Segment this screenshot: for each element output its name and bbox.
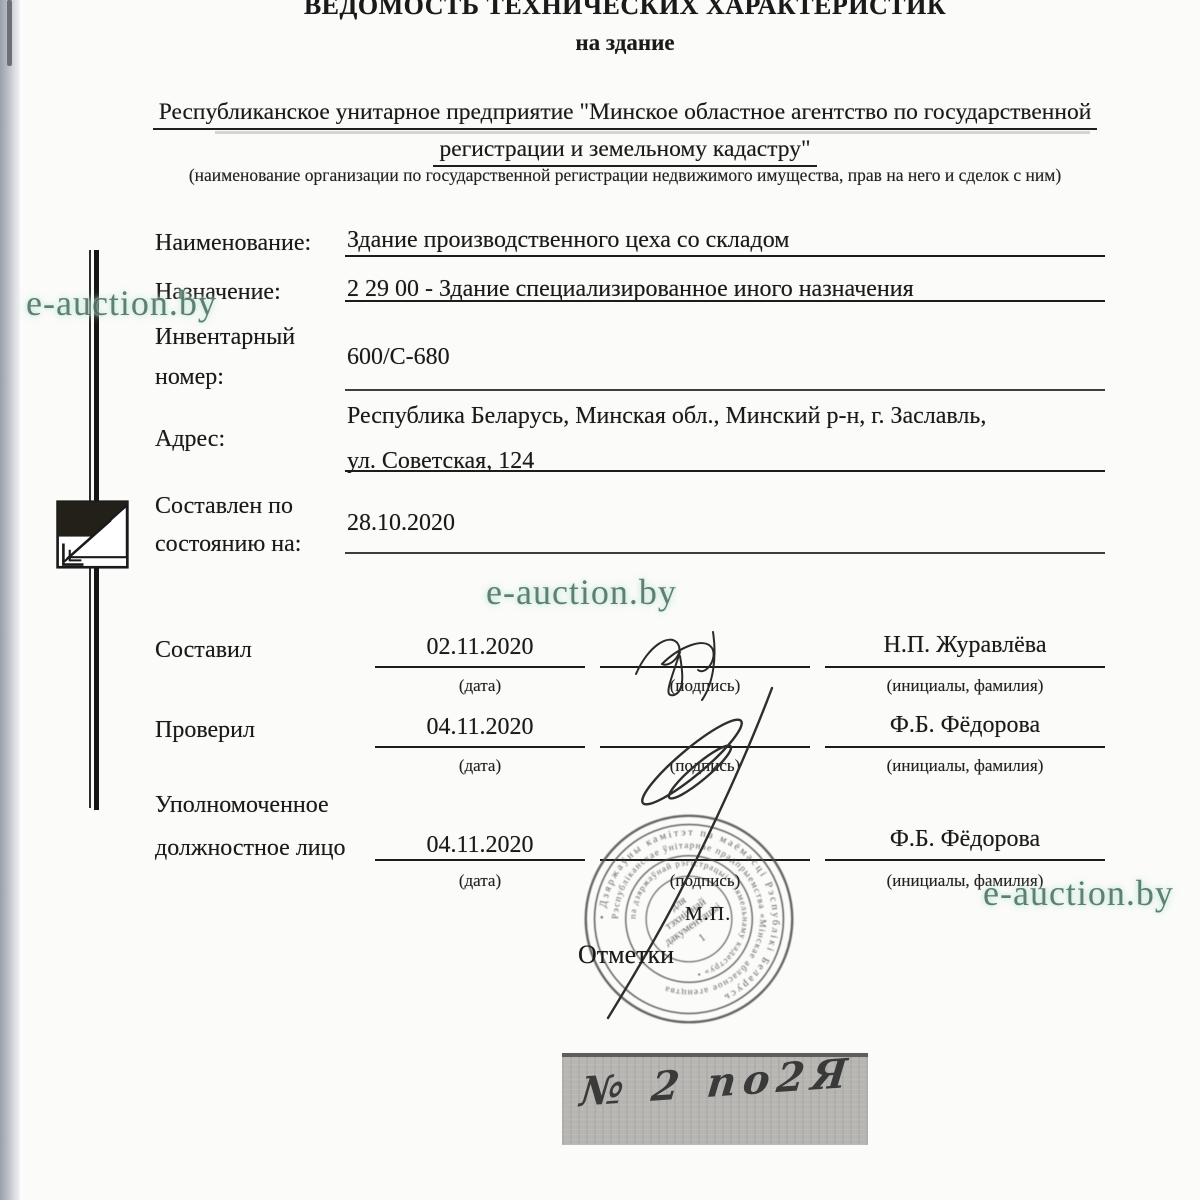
sig-name-1: Н.П. Журавлёва: [825, 632, 1105, 659]
document-subtitle: на здание: [100, 30, 1150, 56]
sig-date-3: 04.11.2020: [375, 832, 585, 859]
sig3-name-line: [825, 859, 1105, 861]
field-underline-name: [345, 255, 1105, 257]
document-title: ВЕДОМОСТЬ ТЕХНИЧЕСКИХ ХАРАКТЕРИСТИК: [100, 0, 1150, 21]
scanned-document-page: ВЕДОМОСТЬ ТЕХНИЧЕСКИХ ХАРАКТЕРИСТИК на з…: [0, 0, 1200, 1200]
scan-artifact-line: [215, 131, 1090, 134]
watermark-center: e-auction.by: [486, 571, 677, 613]
pen-stroke-signature: [560, 630, 820, 1030]
organization-line1: Республиканское унитарное предприятие "М…: [100, 99, 1150, 130]
scan-edge-streak: [7, 0, 12, 66]
sig2-date-line: [375, 746, 585, 748]
field-label-address: Адрес:: [155, 426, 225, 453]
sig2-name-sublabel: (инициалы, фамилия): [825, 756, 1105, 776]
organization-note: (наименование организации по государстве…: [80, 165, 1170, 186]
field-underline-inventory: [345, 389, 1105, 391]
sig1-date-sublabel: (дата): [375, 676, 585, 696]
field-value-inventory: 600/С-680: [347, 344, 450, 371]
sig-role-1: Составил: [155, 637, 252, 664]
field-underline-asof: [345, 552, 1105, 554]
sig-date-2: 04.11.2020: [375, 714, 585, 741]
organization-line2: регистрации и земельному кадастру": [100, 136, 1150, 167]
sig-role-3a: Уполномоченное: [155, 792, 329, 819]
field-label-inventory-2: номер:: [155, 364, 224, 391]
field-underline-purpose: [345, 300, 1105, 302]
sig-name-3: Ф.Б. Фёдорова: [825, 826, 1105, 853]
handwritten-note-box: № 2 по2Я: [562, 1053, 868, 1145]
sig3-date-sublabel: (дата): [375, 871, 585, 891]
sig-role-3b: должностное лицо: [155, 835, 346, 862]
marks-section-label: Отметки: [578, 940, 674, 970]
agency-logo-icon: [56, 500, 130, 570]
watermark-left: e-auction.by: [26, 282, 217, 324]
field-label-asof-2: состоянию на:: [155, 531, 301, 558]
field-value-asof: 28.10.2020: [347, 510, 455, 537]
field-value-address-1: Республика Беларусь, Минская обл., Минск…: [347, 403, 986, 430]
sig3-date-line: [375, 859, 585, 861]
sig-name-2: Ф.Б. Фёдорова: [825, 712, 1105, 739]
watermark-right: e-auction.by: [983, 872, 1174, 914]
field-label-inventory-1: Инвентарный: [155, 324, 295, 351]
sig2-name-line: [825, 746, 1105, 748]
sig1-name-sublabel: (инициалы, фамилия): [825, 676, 1105, 696]
sig-date-1: 02.11.2020: [375, 634, 585, 661]
sig1-date-line: [375, 666, 585, 668]
field-label-name: Наименование:: [155, 230, 311, 257]
field-value-name: Здание производственного цеха со складом: [347, 227, 789, 254]
sig2-date-sublabel: (дата): [375, 756, 585, 776]
field-underline-address: [345, 470, 1105, 472]
handwritten-note: № 2 по2Я: [578, 1049, 862, 1116]
field-label-asof-1: Составлен по: [155, 493, 293, 520]
sig1-name-line: [825, 666, 1105, 668]
scan-edge-shadow: [0, 0, 20, 1200]
field-value-purpose: 2 29 00 - Здание специализированное иног…: [347, 276, 914, 303]
sig-role-2: Проверил: [155, 717, 255, 744]
